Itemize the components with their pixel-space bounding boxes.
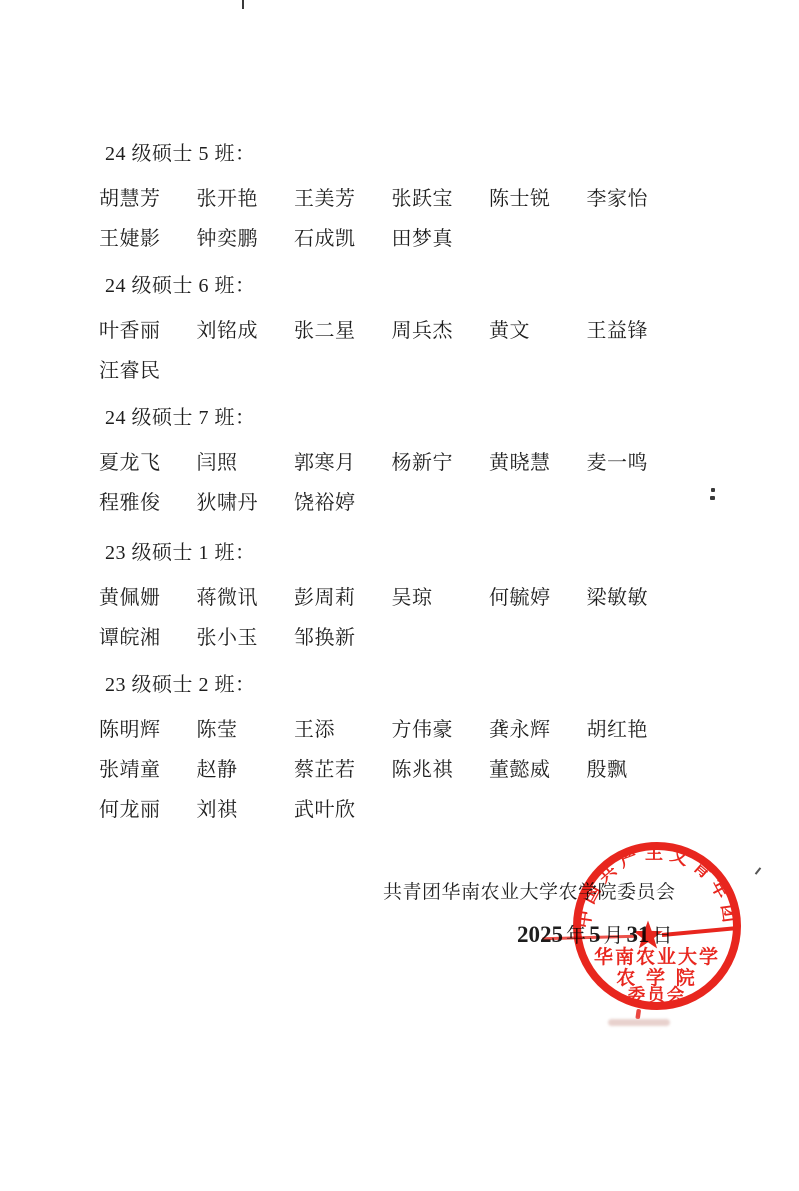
student-name: 张开艳 [197,182,295,211]
student-name: 黄晓慧 [489,446,587,475]
official-seal: 中国共产主义青年团 华南农业大学 农 学 院 委员会 [566,836,748,1036]
student-name: 方伟豪 [392,713,490,742]
student-name: 张跃宝 [392,182,490,211]
student-name: 程雅俊 [99,486,197,515]
student-name: 陈明辉 [99,713,197,742]
date-year: 2025 [517,922,563,947]
student-name: 黄文 [489,314,587,343]
student-name-row: 叶香丽刘铭成张二星周兵杰黄文王益锋 [99,314,684,343]
student-name: 邹换新 [294,621,392,650]
seal-ink-drip [635,1009,641,1020]
scan-speck [711,488,715,492]
student-name: 饶裕婷 [294,486,392,515]
student-name-row: 谭皖湘张小玉邹换新 [99,621,392,650]
student-name-row: 陈明辉陈莹王添方伟豪龚永辉胡红艳 [99,713,684,742]
student-name: 殷飘 [587,753,685,782]
seal-org-line1: 华南农业大学 [594,945,720,968]
class-section-header: 24 级硕士 5 班： [105,137,256,166]
student-name: 何龙丽 [99,793,197,822]
student-name: 胡红艳 [587,713,685,742]
student-name: 麦一鸣 [587,446,685,475]
scan-speck [242,0,244,9]
student-name: 叶香丽 [99,314,197,343]
student-name: 吴琼 [392,581,490,610]
student-name: 汪睿民 [99,354,197,383]
student-name-row: 胡慧芳张开艳王美芳张跃宝陈士锐李家怡 [99,182,684,211]
student-name: 陈莹 [197,713,295,742]
student-name: 赵静 [197,753,295,782]
seal-dash-line [662,928,738,935]
student-name: 陈兆祺 [392,753,490,782]
student-name-row: 何龙丽刘祺武叶欣 [99,793,392,822]
student-name: 蒋微讯 [197,581,295,610]
class-section-header: 24 级硕士 7 班： [105,401,256,430]
student-name: 黄佩姗 [99,581,197,610]
student-name-row: 程雅俊狄啸丹饶裕婷 [99,486,392,515]
student-name: 王美芳 [294,182,392,211]
student-name: 龚永辉 [489,713,587,742]
student-name: 梁敏敏 [587,581,685,610]
seal-ring-text: 中国共产主义青年团 [572,842,741,929]
scan-speck [755,867,762,875]
student-name: 杨新宁 [392,446,490,475]
student-name: 周兵杰 [392,314,490,343]
student-name: 李家怡 [587,182,685,211]
class-section-header: 24 级硕士 6 班： [105,269,256,298]
document-page: 24 级硕士 5 班：胡慧芳张开艳王美芳张跃宝陈士锐李家怡王婕影钟奕鹏石成凯田梦… [0,0,799,1191]
student-name: 彭周莉 [294,581,392,610]
class-section-header: 23 级硕士 1 班： [105,536,256,565]
seal-org-line3: 委员会 [628,985,687,1005]
student-name: 张小玉 [197,621,295,650]
student-name: 刘铭成 [197,314,295,343]
student-name: 王益锋 [587,314,685,343]
student-name: 何毓婷 [489,581,587,610]
student-name: 郭寒月 [294,446,392,475]
student-name-row: 张靖童赵静蔡芷若陈兆祺董懿威殷飘 [99,753,684,782]
student-name: 王添 [294,713,392,742]
student-name: 钟奕鹏 [197,222,295,251]
student-name: 狄啸丹 [197,486,295,515]
student-name-row: 黄佩姗蒋微讯彭周莉吴琼何毓婷梁敏敏 [99,581,684,610]
student-name: 蔡芷若 [294,753,392,782]
student-name: 刘祺 [197,793,295,822]
student-name: 王婕影 [99,222,197,251]
student-name: 石成凯 [294,222,392,251]
student-name: 张二星 [294,314,392,343]
student-name-row: 汪睿民 [99,354,197,383]
student-name: 谭皖湘 [99,621,197,650]
seal-star-icon [633,921,662,949]
student-name: 张靖童 [99,753,197,782]
student-name: 田梦真 [392,222,490,251]
student-name-row: 夏龙飞闫照郭寒月杨新宁黄晓慧麦一鸣 [99,446,684,475]
student-name: 胡慧芳 [99,182,197,211]
student-name: 闫照 [197,446,295,475]
student-name-row: 王婕影钟奕鹏石成凯田梦真 [99,222,489,251]
student-name: 武叶欣 [294,793,392,822]
scan-smudge [608,1019,670,1026]
student-name: 夏龙飞 [99,446,197,475]
student-name: 陈士锐 [489,182,587,211]
scan-speck [710,496,715,500]
student-name: 董懿威 [489,753,587,782]
class-section-header: 23 级硕士 2 班： [105,668,256,697]
